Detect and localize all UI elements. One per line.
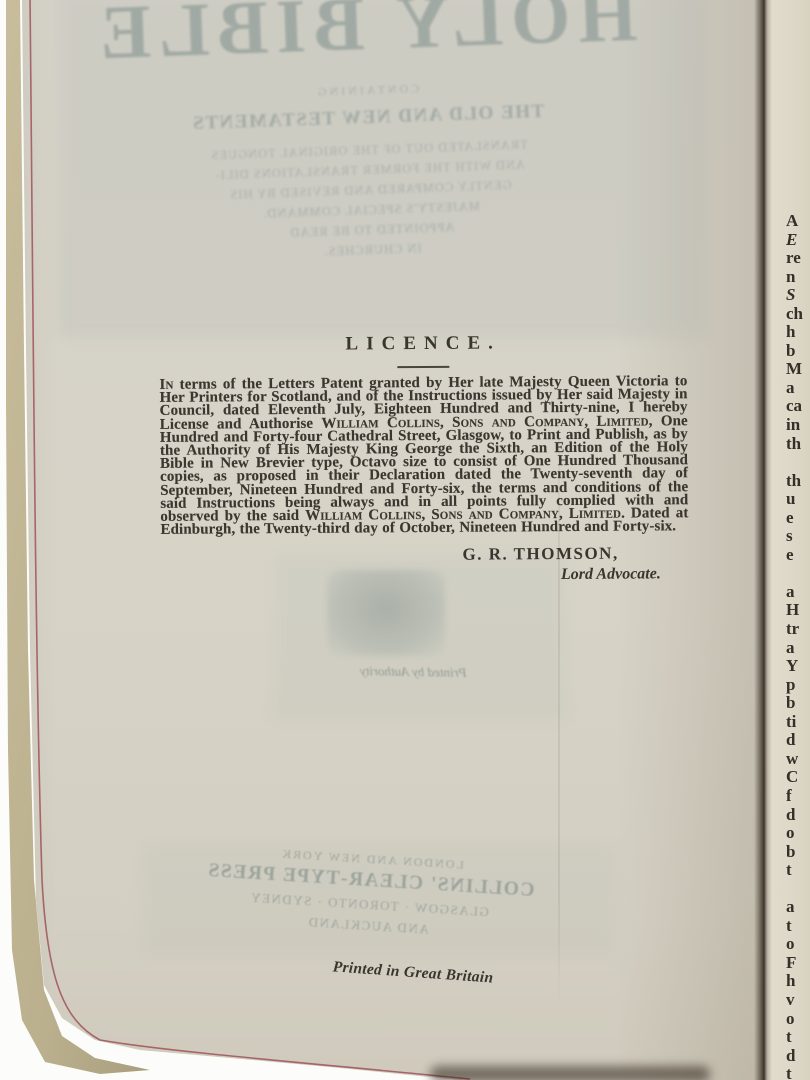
next-page-line-fragment: t (786, 1028, 810, 1047)
next-page-text-fragments: AErenSchhbMacainth thuese aHtraYpbtidwCf… (786, 212, 810, 1080)
next-page-line-fragment: b (786, 694, 810, 713)
next-page-line-fragment: o (786, 935, 810, 954)
next-page-line-fragment: e (786, 509, 810, 528)
next-page-line-fragment: p (786, 676, 810, 695)
bleedthrough-title-block: HOLY BIBLE CONTAINING THE OLD AND NEW TE… (57, 0, 678, 269)
next-page-line-fragment: re (786, 249, 810, 268)
next-page-line-fragment: M (786, 360, 810, 379)
next-page-line-fragment: tr (786, 620, 810, 639)
next-page-line-fragment: S (786, 286, 810, 305)
page-bottom-shadow (430, 1066, 710, 1080)
next-page-line-fragment: s (786, 527, 810, 546)
next-page-line-fragment: ch (786, 305, 810, 324)
next-page-line-fragment: th (786, 472, 810, 491)
next-page-line-fragment: a (786, 379, 810, 398)
next-page-line-fragment (786, 564, 810, 583)
licence-block: LICENCE. In terms of the Letters Patent … (159, 331, 689, 587)
printed-in-great-britain: Printed in Great Britain (298, 956, 529, 990)
bible-licence-page: HOLY BIBLE CONTAINING THE OLD AND NEW TE… (0, 0, 810, 1080)
next-page-line-fragment: n (786, 268, 810, 287)
next-page-line-fragment: th (786, 435, 810, 454)
photo-frame: AErenSchhbMacainth thuese aHtraYpbtidwCf… (0, 0, 810, 1080)
next-page-line-fragment: ca (786, 397, 810, 416)
next-page-line-fragment: F (786, 954, 810, 973)
licence-heading-rule (397, 366, 449, 368)
next-page-line-fragment: H (786, 601, 810, 620)
next-page-line-fragment: Y (786, 657, 810, 676)
next-page-line-fragment: a (786, 639, 810, 658)
next-page-line-fragment: h (786, 972, 810, 991)
next-page-line-fragment: A (786, 212, 810, 231)
next-page-line-fragment: C (786, 768, 810, 787)
next-page-line-fragment: t (786, 917, 810, 936)
next-page-line-fragment: t (786, 1065, 810, 1080)
next-page-line-fragment: E (786, 231, 810, 250)
next-page-line-fragment: a (786, 583, 810, 602)
next-page-line-fragment: o (786, 1010, 810, 1029)
next-page-line-fragment: d (786, 731, 810, 750)
licence-heading: LICENCE. (159, 331, 687, 357)
next-page-line-fragment: in (786, 416, 810, 435)
next-page-line-fragment: v (786, 991, 810, 1010)
next-page-line-fragment: h (786, 323, 810, 342)
next-page-line-fragment: t (786, 861, 810, 880)
bleedthrough-holy-bible: HOLY BIBLE (57, 0, 672, 81)
signature-name: G. R. THOMSON, (161, 544, 689, 568)
next-page-line-fragment: d (786, 806, 810, 825)
bleedthrough-crest-caption-text: Printed by Authority (360, 663, 467, 681)
next-page-line-fragment (786, 453, 810, 472)
next-page-line-fragment: u (786, 490, 810, 509)
next-page-line-fragment: o (786, 824, 810, 843)
next-page-line-fragment (786, 880, 810, 899)
next-page-line-fragment: ti (786, 713, 810, 732)
next-page-line-fragment: d (786, 1047, 810, 1066)
next-page-line-fragment: w (786, 750, 810, 769)
bleedthrough-subtitle-lines: TRANSLATED OUT OF THE ORIGINAL TONGUESAN… (63, 132, 679, 268)
next-page-line-fragment: b (786, 342, 810, 361)
licence-paragraph: In terms of the Letters Patent granted b… (159, 375, 688, 537)
signature-title: Lord Advocate. (161, 566, 689, 588)
next-page-line-fragment: f (786, 787, 810, 806)
next-page-line-fragment: a (786, 898, 810, 917)
next-page-line-fragment: b (786, 843, 810, 862)
bleedthrough-crest-caption: Printed by Authority (318, 662, 508, 681)
next-page-line-fragment: e (786, 546, 810, 565)
page-gap-shadow (754, 0, 772, 1080)
